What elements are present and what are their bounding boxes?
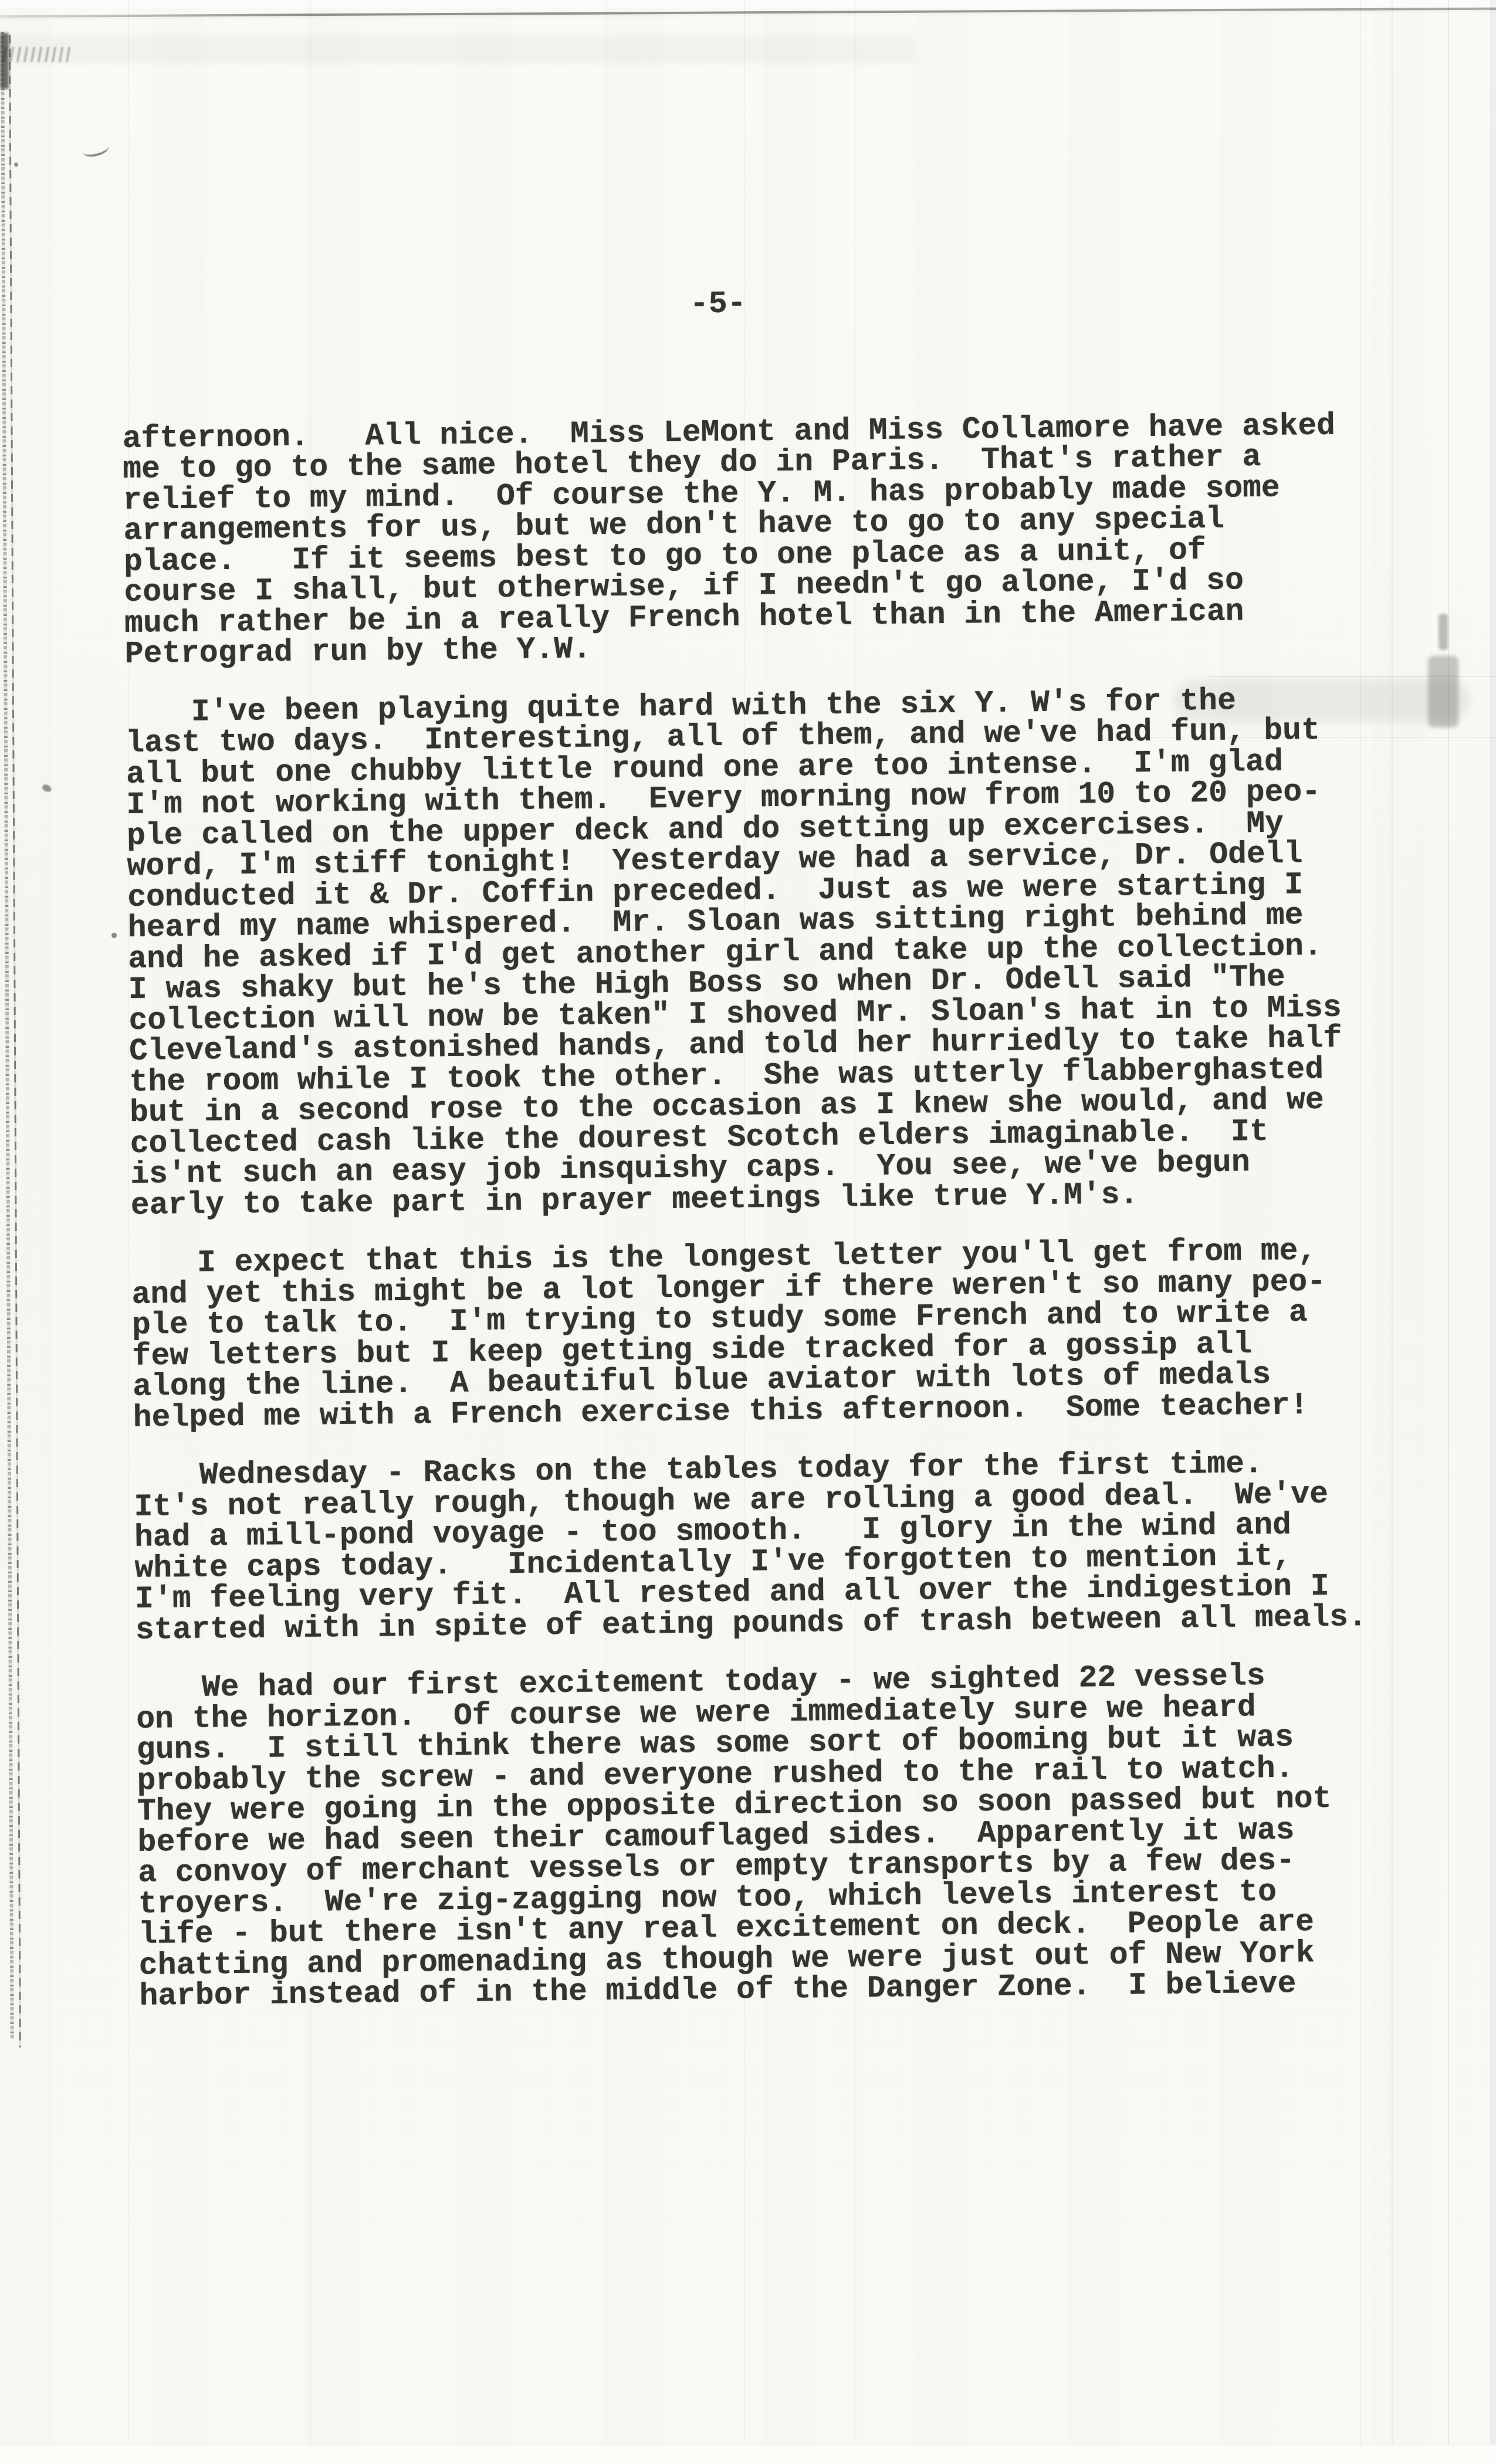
scan-smudge-blot (1428, 656, 1458, 727)
paragraph: Wednesday - Racks on the tables today fo… (134, 1448, 1329, 1646)
page-number: -5- (121, 282, 1315, 326)
scan-smudge-band-top (0, 35, 915, 63)
scan-speck (111, 933, 117, 938)
paragraph: afternoon. All nice. Miss LeMont and Mis… (123, 410, 1319, 669)
scan-speck (14, 163, 18, 167)
scan-streak (1490, 0, 1496, 2464)
scan-streak (1448, 0, 1449, 2464)
paragraph: I've been playing quite hard with the si… (126, 684, 1325, 1220)
letter-content: -5- afternoon. All nice. Miss LeMont and… (120, 221, 1334, 2073)
paragraph: I expect that this is the longest letter… (131, 1236, 1327, 1433)
scanned-letter-page: -5- afternoon. All nice. Miss LeMont and… (0, 0, 1496, 2464)
scan-smudge-dash (1439, 614, 1448, 650)
scan-top-margin (0, 0, 1496, 8)
letter-body: afternoon. All nice. Miss LeMont and Mis… (123, 410, 1333, 2012)
scan-left-edge-line (9, 35, 21, 2047)
scan-speck (41, 783, 52, 793)
scan-streak (1392, 0, 1393, 2464)
paragraph: We had our first excitement today - we s… (136, 1660, 1333, 2012)
scan-bottom-margin (0, 2444, 1496, 2464)
scan-left-binding-edge (1, 32, 14, 2039)
scan-corner-blot (0, 33, 9, 89)
scan-speck (81, 139, 110, 159)
scan-top-edge-line (0, 8, 1496, 18)
scan-streak (1360, 0, 1361, 2464)
scan-tick-marks (2, 47, 75, 62)
